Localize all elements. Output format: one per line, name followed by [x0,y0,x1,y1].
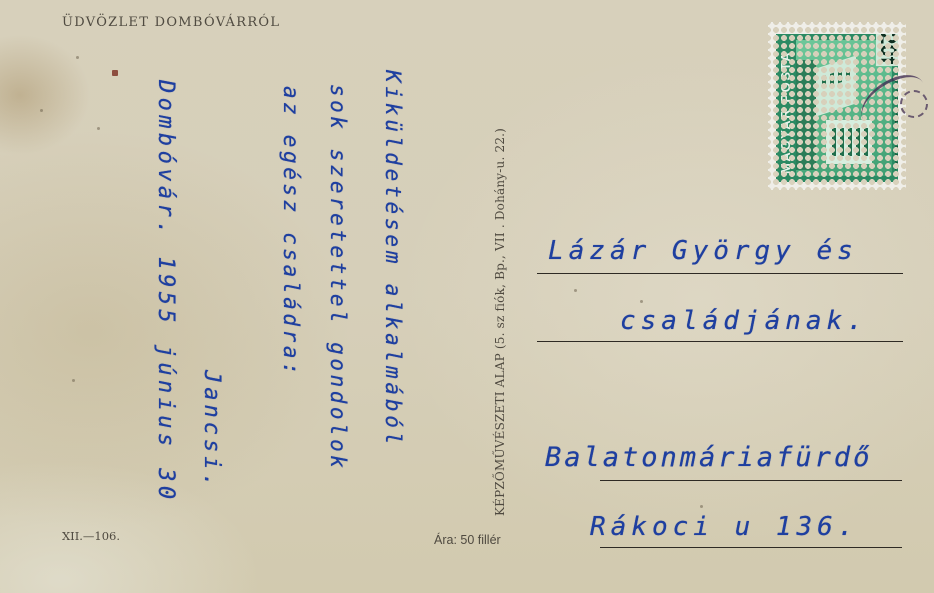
trees [796,60,816,170]
stain [76,56,79,59]
stamp-value: 20f [876,34,898,66]
address-rule [537,341,903,342]
message-line-2: sok szeretettel gondolok [326,84,350,471]
price-label: Ára: 50 fillér [434,533,501,547]
stain [574,289,577,292]
building-icon [816,56,856,117]
postmark-cancellation [900,90,928,118]
postcard-back: ÜDVÖZLET DOMBÓVÁRRÓL KÉPZŐMŰVÉSZETI ALAP… [0,0,934,593]
address-rule [600,547,902,548]
address-street: Rákoci u 136. [590,512,859,542]
dateline: Dombóvár. 1955 június 30 [153,80,178,503]
address-town: Balatonmáriafürdő [545,442,872,473]
publisher-imprint: KÉPZŐMŰVÉSZETI ALAP (5. sz fiók, Bp., VI… [493,128,507,516]
recipient-name-2: családjának. [620,306,868,336]
stamp-country: MAGYAR POSTA [778,51,793,174]
stain [112,70,118,76]
stain [40,109,43,112]
stain [700,505,703,508]
series-number: XII.—106. [62,529,120,543]
address-rule [600,480,902,481]
recipient-name: Lázár György és [548,236,858,266]
address-rule [537,273,903,274]
stain [97,127,100,130]
message-line-3: az egész családra: [279,86,303,378]
stain [72,379,75,382]
printed-greeting: ÜDVÖZLET DOMBÓVÁRRÓL [62,15,280,30]
signature: Jancsi. [199,370,224,491]
message-line-1: Kiküldetésem alkalmából [381,70,405,448]
stain [640,300,643,303]
